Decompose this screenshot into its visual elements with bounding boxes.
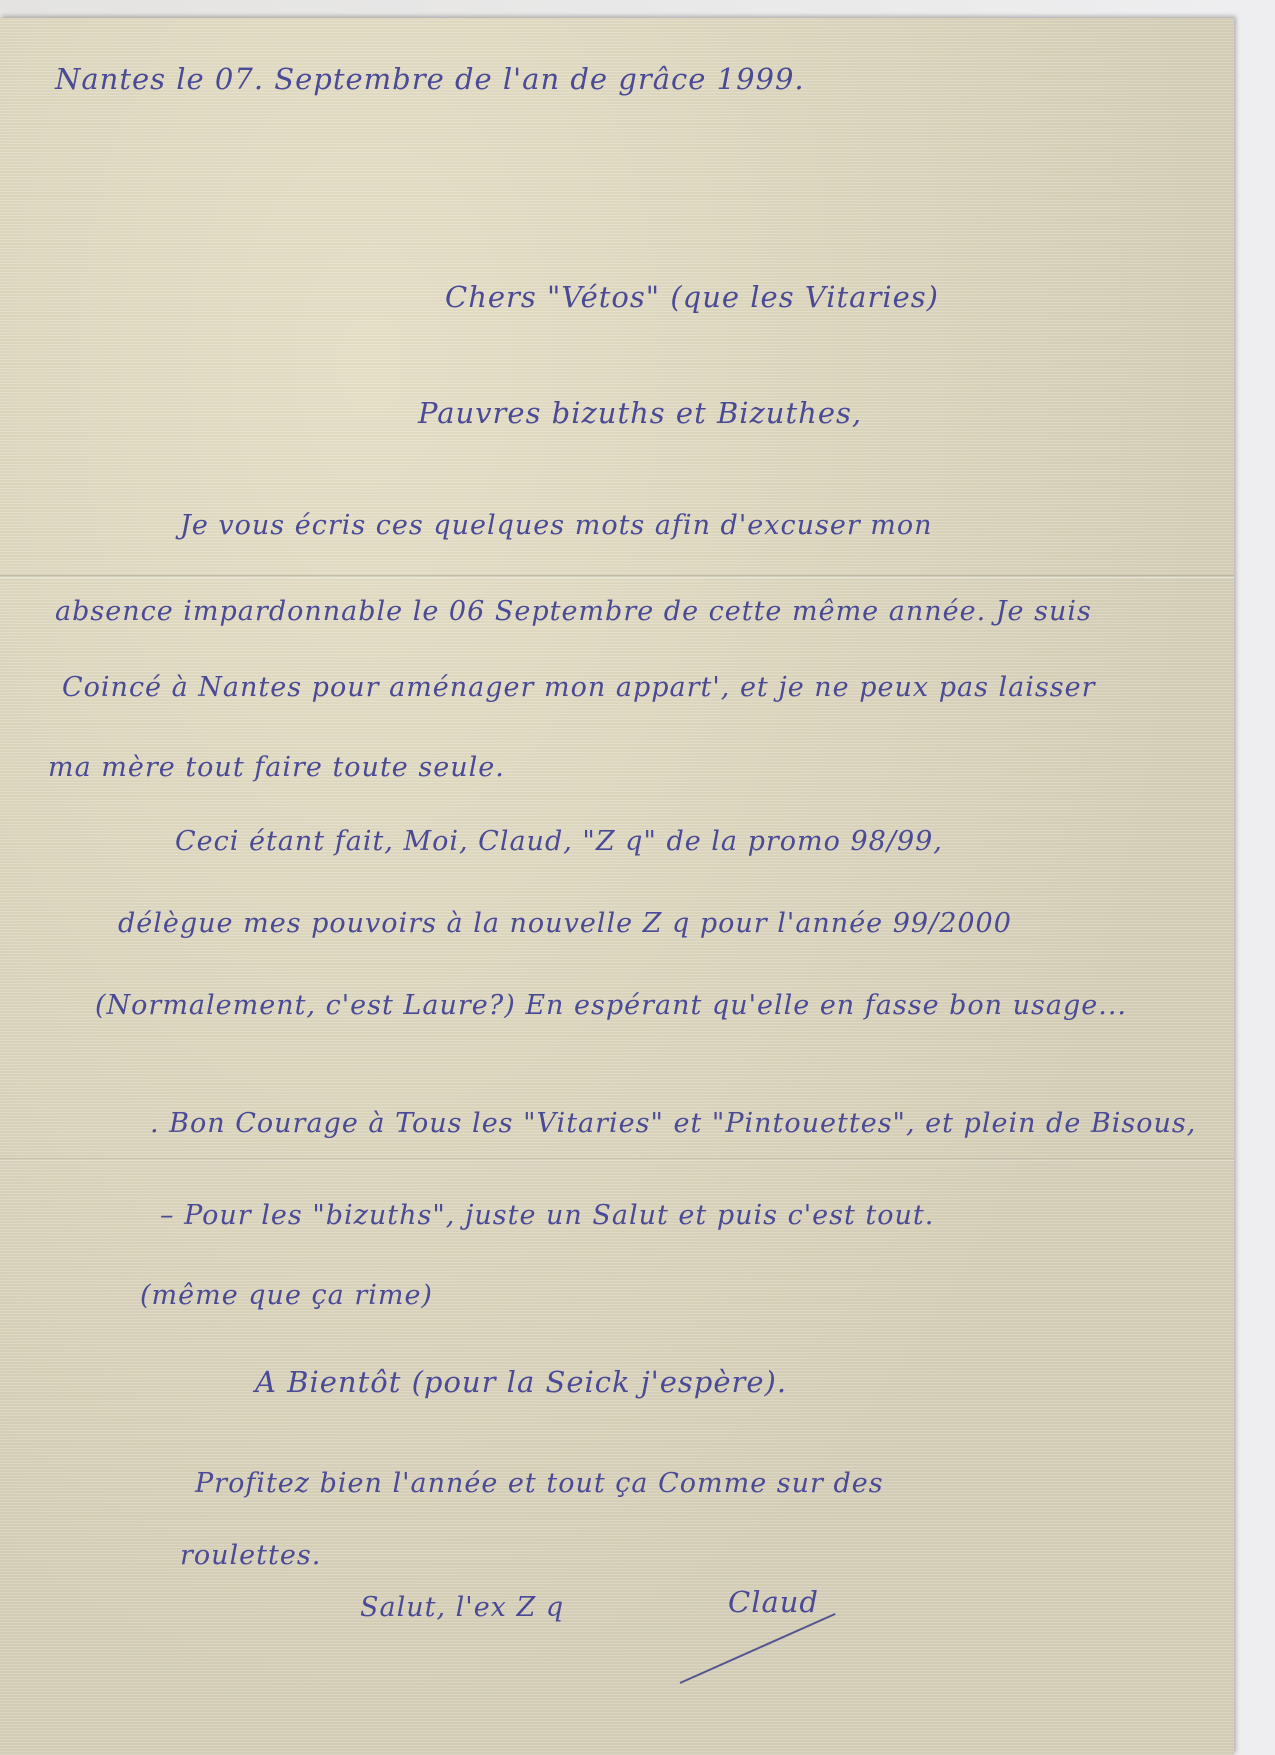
body-line-1: Je vous écris ces quelques mots afin d'e… <box>180 510 933 541</box>
body-line-5: Ceci étant fait, Moi, Claud, "Z q" de la… <box>175 826 943 857</box>
body-line-3: Coincé à Nantes pour aménager mon appart… <box>62 672 1096 703</box>
body-line-4: ma mère tout faire toute seule. <box>48 752 505 783</box>
body-line-9: – Pour les "bizuths", juste un Salut et … <box>160 1200 934 1231</box>
body-line-2: absence impardonnable le 06 Septembre de… <box>55 596 1092 627</box>
fold-line-upper <box>0 575 1234 578</box>
salutation-line-1: Chers "Vétos" (que les Vitaries) <box>445 280 939 314</box>
body-line-6: délègue mes pouvoirs à la nouvelle Z q p… <box>118 908 1012 939</box>
closing-line-3: roulettes. <box>180 1540 321 1571</box>
body-line-7: (Normalement, c'est Laure?) En espérant … <box>95 990 1127 1021</box>
letter-place-date: Nantes le 07. Septembre de l'an de grâce… <box>55 62 805 96</box>
signoff-text: Salut, l'ex Z q <box>360 1592 564 1623</box>
salutation-line-2: Pauvres bizuths et Bizuthes, <box>418 396 862 430</box>
body-line-10: (même que ça rime) <box>140 1280 433 1311</box>
fold-line-lower <box>0 1158 1234 1161</box>
closing-line-2: Profitez bien l'année et tout ça Comme s… <box>195 1468 884 1499</box>
closing-line-1: A Bientôt (pour la Seick j'espère). <box>255 1365 787 1399</box>
body-line-8: . Bon Courage à Tous les "Vitaries" et "… <box>150 1108 1196 1139</box>
signature: Claud <box>728 1585 819 1619</box>
